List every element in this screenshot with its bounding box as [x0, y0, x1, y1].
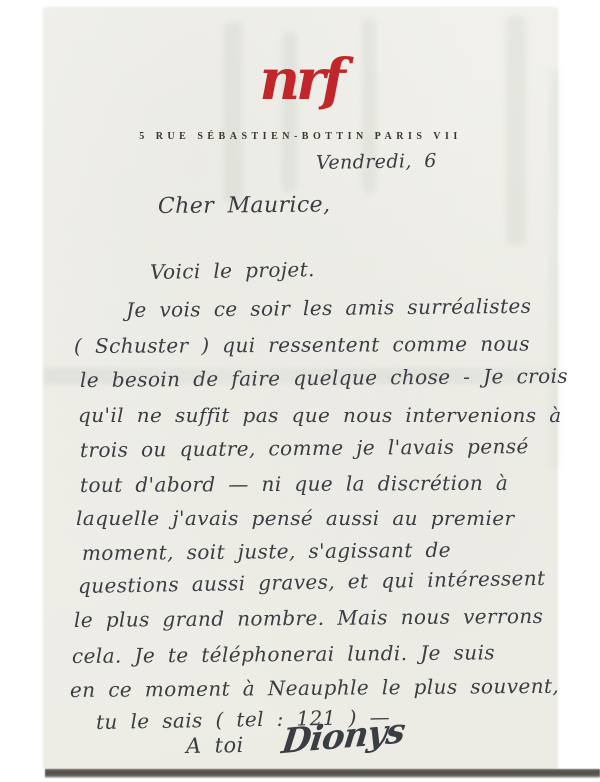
nrf-logo: nrf — [44, 52, 557, 108]
scan-edge-shadow — [45, 769, 600, 778]
letter-line: cela. Je te téléphonerai lundi. Je suis — [72, 640, 495, 668]
letter-line: tout d'abord — ni que la discrétion à — [80, 471, 508, 497]
showthrough-mark — [224, 22, 242, 202]
letter-line: trois ou quatre, comme je l'avais pensé — [80, 434, 529, 462]
letter-line: Je vois ce soir les amis surréalistes — [126, 294, 532, 322]
letter-date: Vendredi, 6 — [316, 150, 437, 174]
letterhead-address: 5 RUE SÉBASTIEN-BOTTIN PARIS VII — [44, 131, 557, 142]
letter-line: le plus grand nombre. Mais nous verrons — [74, 604, 544, 632]
letter-line: qu'il ne suffit pas que nous intervenion… — [78, 403, 562, 427]
letter-line: moment, soit juste, s'agissant de — [82, 538, 451, 565]
letter-paper: nrf 5 RUE SÉBASTIEN-BOTTIN PARIS VII Ven… — [44, 8, 557, 769]
scanned-letter: nrf 5 RUE SÉBASTIEN-BOTTIN PARIS VII Ven… — [0, 0, 600, 782]
letter-salutation: Cher Maurice, — [158, 192, 331, 219]
letter-line: en ce moment à Neauphle le plus souvent, — [70, 674, 559, 702]
letter-line: Voici le projet. — [150, 257, 315, 284]
letter-line: laquelle j'avais pensé aussi au premier — [76, 506, 514, 530]
letter-line: ( Schuster ) qui ressentent comme nous — [74, 332, 530, 358]
letter-line: questions aussi graves, et qui intéresse… — [78, 566, 546, 598]
letter-closing: A toi — [186, 733, 244, 758]
letter-line: le besoin de faire quelque chose - Je cr… — [80, 364, 568, 392]
